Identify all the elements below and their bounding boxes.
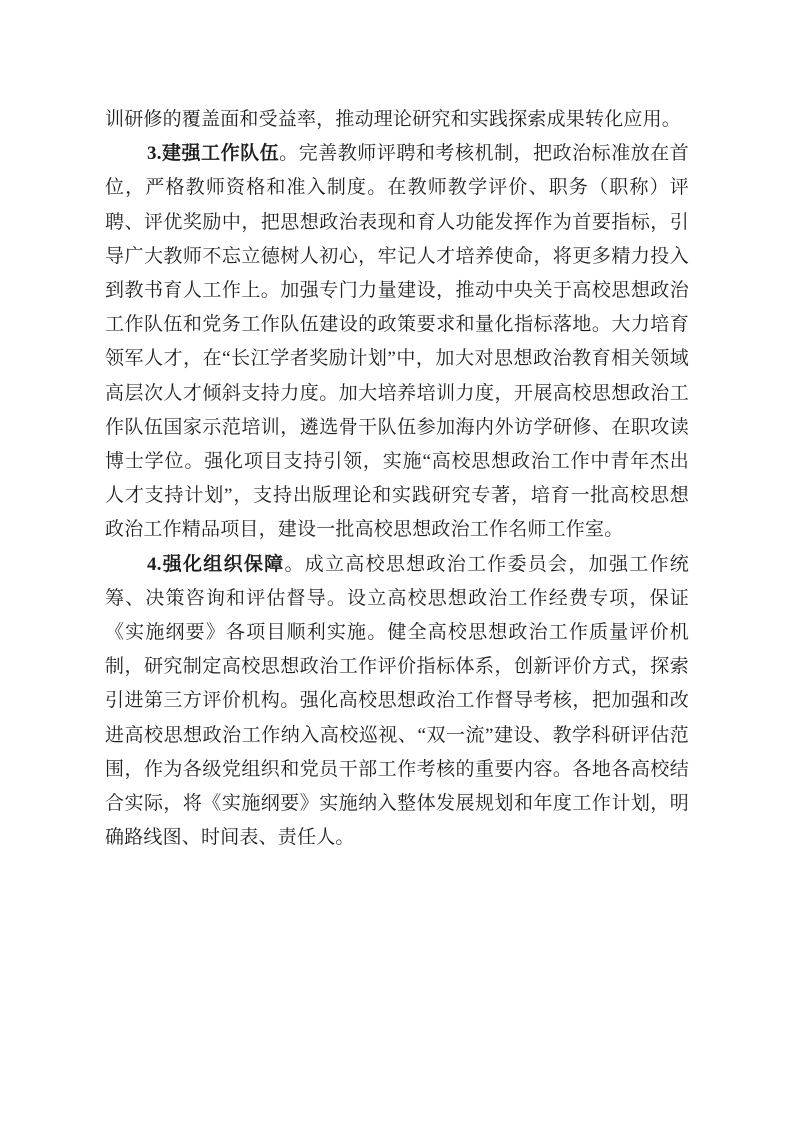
document-body: 训研修的覆盖面和受益率，推动理论研究和实践探索成果转化应用。 3.建强工作队伍。… <box>105 103 689 855</box>
paragraph-text: 。成立高校思想政治工作委员会，加强工作统筹、决策咨询和评估督导。设立高校思想政治… <box>105 554 689 849</box>
document-page: 训研修的覆盖面和受益率，推动理论研究和实践探索成果转化应用。 3.建强工作队伍。… <box>0 0 793 1122</box>
paragraph-text: 。完善教师评聘和考核机制，把政治标准放在首位，严格教师资格和准入制度。在教师教学… <box>105 143 689 540</box>
paragraph-text: 训研修的覆盖面和受益率，推动理论研究和实践探索成果转化应用。 <box>105 109 681 130</box>
paragraph-continuation: 训研修的覆盖面和受益率，推动理论研究和实践探索成果转化应用。 <box>105 103 689 137</box>
paragraph-lead-bold: 4.强化组织保障 <box>147 554 284 575</box>
paragraph-item-3: 3.建强工作队伍。完善教师评聘和考核机制，把政治标准放在首位，严格教师资格和准入… <box>105 137 689 547</box>
paragraph-item-4: 4.强化组织保障。成立高校思想政治工作委员会，加强工作统筹、决策咨询和评估督导。… <box>105 548 689 856</box>
paragraph-lead-bold: 3.建强工作队伍 <box>147 143 279 164</box>
